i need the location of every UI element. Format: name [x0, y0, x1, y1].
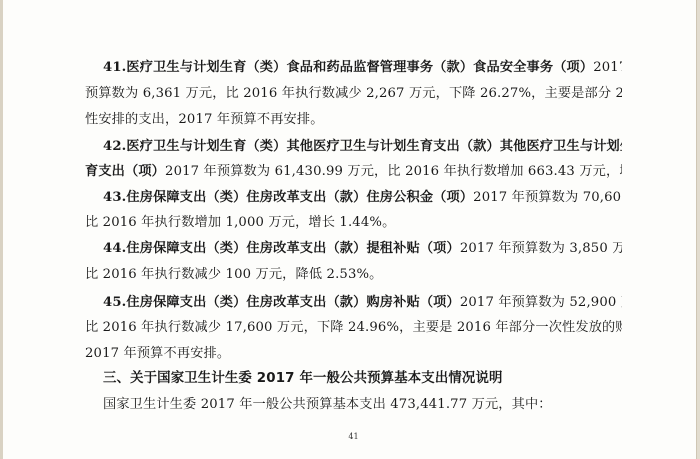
item-42-line-1: 42.医疗卫生与计划生育（类）其他医疗卫生与计划生育支出（款）其他医疗卫生与计划…: [85, 138, 622, 156]
item-45-line-1: 45.住房保障支出（类）住房改革支出（款）购房补贴（项）2017 年预算数为 5…: [85, 294, 622, 312]
item-45-line-3: 2017 年预算不再安排。: [85, 345, 622, 363]
item-42-title: 42.医疗卫生与计划生育（类）其他医疗卫生与计划生育支出（款）其他医疗卫生与计划…: [103, 139, 622, 154]
item-45-title: 45.住房保障支出（类）住房改革支出（款）购房补贴（项）: [103, 295, 460, 310]
item-43-line-1: 43.住房保障支出（类）住房改革支出（款）住房公积金（项）2017 年预算数为 …: [85, 189, 622, 207]
item-41-line-3: 性安排的支出，2017 年预算不再安排。: [85, 111, 622, 129]
item-43-title: 43.住房保障支出（类）住房改革支出（款）住房公积金（项）: [103, 190, 473, 205]
item-45-line-2: 比 2016 年执行数减少 17,600 万元，下降 24.96%，主要是 20…: [85, 319, 622, 337]
item-44-title: 44.住房保障支出（类）住房改革支出（款）提租补贴（项）: [103, 241, 460, 256]
page-edge-left: [0, 0, 3, 459]
page-number: 41: [85, 432, 622, 441]
item-44-line-1: 44.住房保障支出（类）住房改革支出（款）提租补贴（项）2017 年预算数为 3…: [85, 240, 622, 258]
item-41-line-1: 41.医疗卫生与计划生育（类）食品和药品监督管理事务（款）食品安全事务（项）20…: [85, 59, 622, 77]
section-heading: 三、关于国家卫生计生委 2017 年一般公共预算基本支出情况说明: [85, 370, 622, 388]
item-43-line-2: 比 2016 年执行数增加 1,000 万元，增长 1.44%。: [85, 214, 622, 232]
item-41-line-2: 预算数为 6,361 万元，比 2016 年执行数减少 2,267 万元，下降 …: [85, 85, 622, 103]
document-page: 41.医疗卫生与计划生育（类）食品和药品监督管理事务（款）食品安全事务（项）20…: [85, 0, 622, 459]
section-body: 国家卫生计生委 2017 年一般公共预算基本支出 473,441.77 万元，其…: [85, 396, 622, 414]
item-42-line-2: 育支出（项）2017 年预算数为 61,430.99 万元，比 2016 年执行…: [85, 163, 622, 181]
item-44-line-2: 比 2016 年执行数减少 100 万元，降低 2.53%。: [85, 266, 622, 284]
item-41-title: 41.医疗卫生与计划生育（类）食品和药品监督管理事务（款）食品安全事务（项）: [103, 60, 593, 75]
page-edge-right: [696, 0, 700, 459]
